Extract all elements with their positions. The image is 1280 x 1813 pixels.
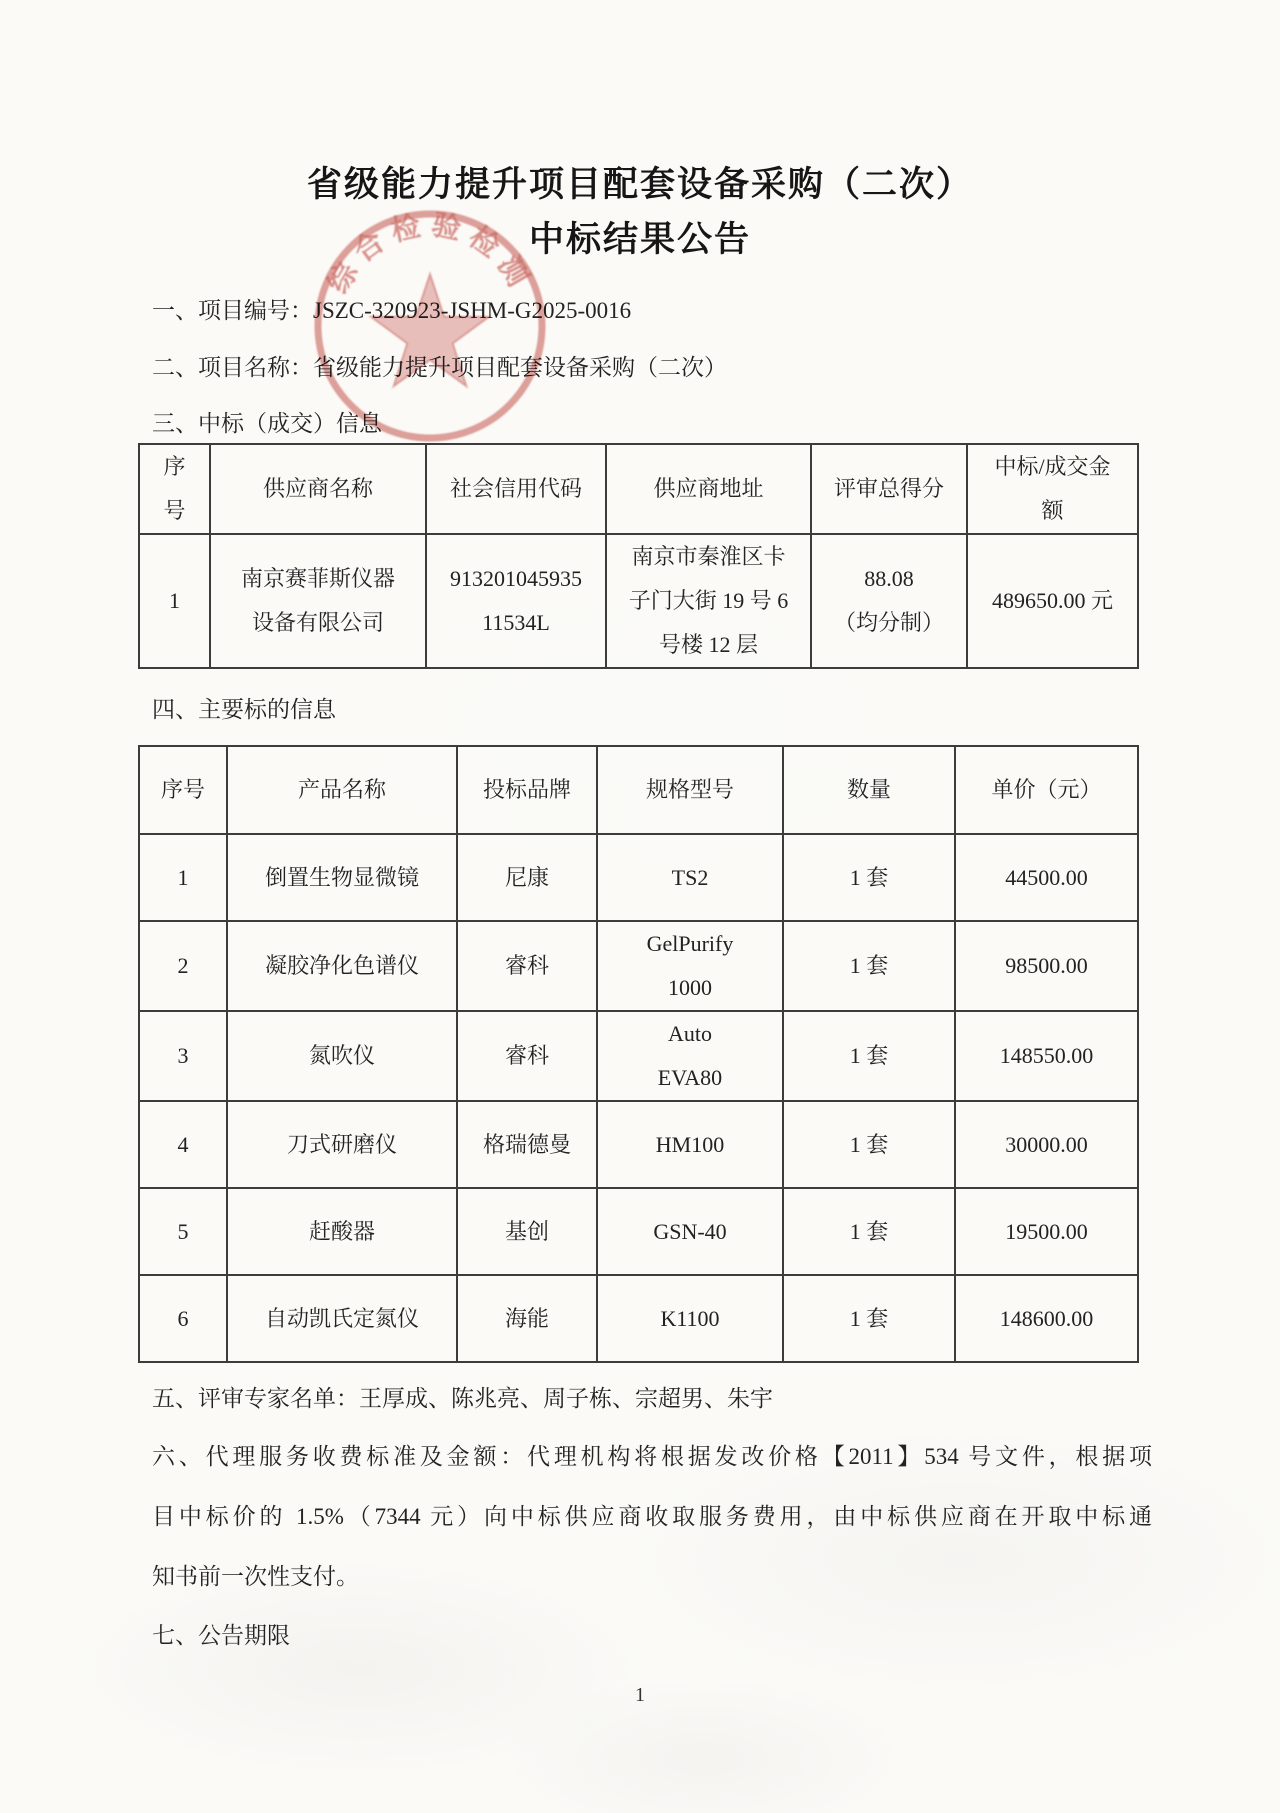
items-header-product-name: 产品名称 (227, 746, 457, 834)
item-index: 1 (139, 834, 227, 921)
items-table-row-4: 4 刀式研磨仪 格瑞德曼 HM100 1 套 30000.00 (139, 1101, 1138, 1188)
document-page: 省级能力提升项目配套设备采购（二次） 中标结果公告 一、项目编号：JSZC-32… (0, 0, 1280, 1813)
page-number: 1 (0, 1684, 1280, 1707)
item-quantity: 1 套 (783, 1188, 955, 1275)
item-product-name: 倒置生物显微镜 (227, 834, 457, 921)
items-table-row-1: 1 倒置生物显微镜 尼康 TS2 1 套 44500.00 (139, 834, 1138, 921)
item-index: 5 (139, 1188, 227, 1275)
item-product-name: 自动凯氏定氮仪 (227, 1275, 457, 1362)
award-info-table: 序 号 供应商名称 社会信用代码 供应商地址 评审总得分 中标/成交金 额 1 … (138, 443, 1139, 669)
items-header-model: 规格型号 (597, 746, 783, 834)
items-table-row-6: 6 自动凯氏定氮仪 海能 K1100 1 套 148600.00 (139, 1275, 1138, 1362)
award-header-index: 序 号 (139, 444, 210, 534)
item-index: 6 (139, 1275, 227, 1362)
main-items-table: 序号 产品名称 投标品牌 规格型号 数量 单价（元） 1 倒置生物显微镜 尼康 … (138, 745, 1139, 1363)
item-model: Auto EVA80 (597, 1011, 783, 1101)
items-header-unit-price: 单价（元） (955, 746, 1138, 834)
award-cell-supplier-name: 南京赛菲斯仪器 设备有限公司 (210, 534, 426, 668)
items-table-row-2: 2 凝胶净化色谱仪 睿科 GelPurify 1000 1 套 98500.00 (139, 921, 1138, 1011)
award-header-review-score: 评审总得分 (811, 444, 967, 534)
items-header-quantity: 数量 (783, 746, 955, 834)
project-number-line: 一、项目编号：JSZC-320923-JSHM-G2025-0016 (152, 295, 631, 326)
item-brand: 海能 (457, 1275, 597, 1362)
item-model: GelPurify 1000 (597, 921, 783, 1011)
project-name-line: 二、项目名称：省级能力提升项目配套设备采购（二次） (152, 352, 727, 383)
item-model: TS2 (597, 834, 783, 921)
items-table-header-row: 序号 产品名称 投标品牌 规格型号 数量 单价（元） (139, 746, 1138, 834)
item-unit-price: 19500.00 (955, 1188, 1138, 1275)
item-brand: 睿科 (457, 1011, 597, 1101)
agency-fee-line-2: 目中标价的 1.5%（7344 元）向中标供应商收取服务费用，由中标供应商在开取… (152, 1501, 1152, 1532)
award-cell-review-score: 88.08 （均分制） (811, 534, 967, 668)
item-index: 3 (139, 1011, 227, 1101)
items-header-brand: 投标品牌 (457, 746, 597, 834)
item-unit-price: 148600.00 (955, 1275, 1138, 1362)
item-brand: 基创 (457, 1188, 597, 1275)
award-header-supplier-name: 供应商名称 (210, 444, 426, 534)
item-unit-price: 44500.00 (955, 834, 1138, 921)
item-unit-price: 148550.00 (955, 1011, 1138, 1101)
item-model: HM100 (597, 1101, 783, 1188)
award-cell-supplier-address: 南京市秦淮区卡 子门大街 19 号 6 号楼 12 层 (606, 534, 811, 668)
page-title: 省级能力提升项目配套设备采购（二次） (0, 167, 1280, 202)
items-table-row-3: 3 氮吹仪 睿科 Auto EVA80 1 套 148550.00 (139, 1011, 1138, 1101)
item-brand: 格瑞德曼 (457, 1101, 597, 1188)
item-model: GSN-40 (597, 1188, 783, 1275)
agency-fee-line-3: 知书前一次性支付。 (152, 1561, 359, 1592)
item-quantity: 1 套 (783, 921, 955, 1011)
experts-line: 五、评审专家名单：王厚成、陈兆亮、周子栋、宗超男、朱宇 (152, 1383, 773, 1414)
item-index: 2 (139, 921, 227, 1011)
item-product-name: 氮吹仪 (227, 1011, 457, 1101)
award-header-supplier-address: 供应商地址 (606, 444, 811, 534)
item-product-name: 凝胶净化色谱仪 (227, 921, 457, 1011)
award-table-header-row: 序 号 供应商名称 社会信用代码 供应商地址 评审总得分 中标/成交金 额 (139, 444, 1138, 534)
item-index: 4 (139, 1101, 227, 1188)
item-unit-price: 30000.00 (955, 1101, 1138, 1188)
award-cell-index: 1 (139, 534, 210, 668)
award-cell-award-amount: 489650.00 元 (967, 534, 1138, 668)
item-product-name: 赶酸器 (227, 1188, 457, 1275)
main-items-heading: 四、主要标的信息 (152, 694, 336, 725)
award-cell-credit-code: 913201045935 11534L (426, 534, 606, 668)
item-quantity: 1 套 (783, 834, 955, 921)
notice-period-heading: 七、公告期限 (152, 1620, 290, 1651)
award-header-credit-code: 社会信用代码 (426, 444, 606, 534)
items-header-index: 序号 (139, 746, 227, 834)
items-table-row-5: 5 赶酸器 基创 GSN-40 1 套 19500.00 (139, 1188, 1138, 1275)
award-header-award-amount: 中标/成交金 额 (967, 444, 1138, 534)
agency-fee-line-1: 六、代理服务收费标准及金额：代理机构将根据发改价格【2011】534 号文件，根… (152, 1441, 1152, 1472)
award-info-heading: 三、中标（成交）信息 (152, 408, 382, 439)
item-product-name: 刀式研磨仪 (227, 1101, 457, 1188)
award-table-row: 1 南京赛菲斯仪器 设备有限公司 913201045935 11534L 南京市… (139, 534, 1138, 668)
item-brand: 睿科 (457, 921, 597, 1011)
item-quantity: 1 套 (783, 1011, 955, 1101)
item-brand: 尼康 (457, 834, 597, 921)
item-quantity: 1 套 (783, 1101, 955, 1188)
item-unit-price: 98500.00 (955, 921, 1138, 1011)
item-quantity: 1 套 (783, 1275, 955, 1362)
item-model: K1100 (597, 1275, 783, 1362)
page-subtitle: 中标结果公告 (0, 222, 1280, 257)
